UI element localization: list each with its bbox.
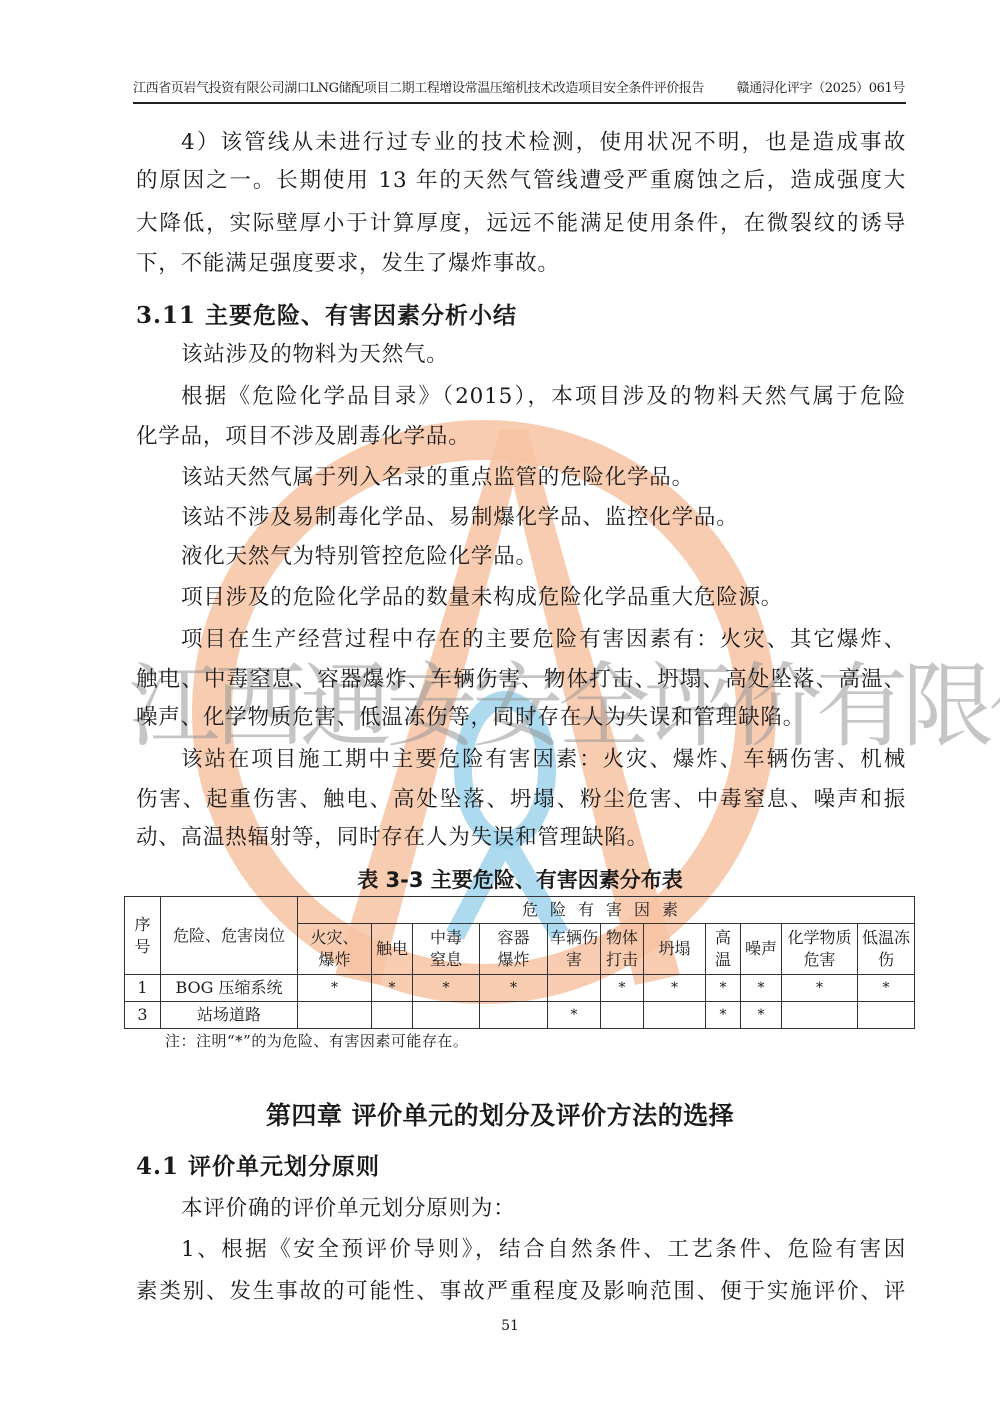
paragraph-line: 该站天然气属于列入名录的重点监管的危险化学品。 [181, 463, 906, 493]
cell-mark: * [706, 1002, 741, 1029]
paragraph-line: 项目涉及的危险化学品的数量未构成危险化学品重大危险源。 [181, 583, 906, 613]
cell-mark [644, 1002, 706, 1029]
header-seq-line: 号 [125, 936, 160, 958]
factor-header: 物体打击 [601, 924, 644, 975]
header-seq: 序 号 [125, 897, 161, 975]
cell-mark [782, 1002, 858, 1029]
paragraph-line: 触电、中毒窒息、容器爆炸、车辆伤害、物体打击、坍塌、高处坠落、高温、 [136, 665, 906, 695]
factor-header: 火灾、爆炸 [298, 924, 372, 975]
cell-seq: 1 [125, 975, 161, 1002]
cell-mark: * [548, 1002, 601, 1029]
paragraph-line: 该站不涉及易制毒化学品、易制爆化学品、监控化学品。 [181, 503, 906, 533]
running-header: 江西省页岩气投资有限公司湖口LNG储配项目二期工程增设常温压缩机技术改造项目安全… [133, 78, 905, 100]
hazard-distribution-table: 序 号 危险、危害岗位 危险有害因素 火灾、爆炸 触电 中毒窒息 容器爆炸 车辆… [124, 896, 915, 1029]
paragraph-line: 化学品，项目不涉及剧毒化学品。 [136, 422, 906, 452]
table-caption: 表 3-3 主要危险、有害因素分布表 [0, 866, 1000, 894]
cell-mark [858, 1002, 915, 1029]
factor-header: 化学物质危害 [782, 924, 858, 975]
table-row: 1 BOG 压缩系统 * * * * * * * * * * [125, 975, 915, 1002]
factor-header: 中毒窒息 [413, 924, 480, 975]
header-factor-group: 危险有害因素 [298, 897, 915, 924]
section-heading-4-1: 4.1 评价单元划分原则 [136, 1151, 380, 1183]
cell-mark: * [858, 975, 915, 1002]
cell-mark: * [782, 975, 858, 1002]
table-note: 注：注明“*”的为危险、有害因素可能存在。 [165, 1030, 468, 1052]
factor-header: 噪声 [741, 924, 782, 975]
cell-mark: * [601, 975, 644, 1002]
cell-mark [548, 975, 601, 1002]
factor-header: 高温 [706, 924, 741, 975]
cell-mark: * [372, 975, 413, 1002]
document-page: 江西通安安全评价有限公司 江西省页岩气投资有限公司湖口LNG储配项目二期工程增设… [0, 0, 1000, 1414]
cell-mark: * [644, 975, 706, 1002]
cell-mark [413, 1002, 480, 1029]
cell-mark [480, 1002, 548, 1029]
paragraph-line: 该站在项目施工期中主要危险有害因素：火灾、爆炸、车辆伤害、机械 [181, 745, 906, 775]
factor-header: 坍塌 [644, 924, 706, 975]
cell-mark: * [706, 975, 741, 1002]
paragraph-line: 动、高温热辐射等，同时存在人为失误和管理缺陷。 [136, 823, 906, 853]
paragraph-line: 下，不能满足强度要求，发生了爆炸事故。 [136, 249, 906, 279]
paragraph-line: 的原因之一。长期使用 13 年的天然气管线遭受严重腐蚀之后，造成强度大 [136, 166, 906, 196]
cell-mark [298, 1002, 372, 1029]
header-rule [133, 102, 906, 104]
header-title: 江西省页岩气投资有限公司湖口LNG储配项目二期工程增设常温压缩机技术改造项目安全… [133, 78, 704, 100]
cell-mark: * [741, 1002, 782, 1029]
cell-post: BOG 压缩系统 [161, 975, 298, 1002]
header-post: 危险、危害岗位 [161, 897, 298, 975]
factor-header: 低温冻伤 [858, 924, 915, 975]
cell-mark: * [480, 975, 548, 1002]
paragraph-line: 该站涉及的物料为天然气。 [181, 340, 906, 370]
header-seq-line: 序 [125, 914, 160, 936]
factor-header: 容器爆炸 [480, 924, 548, 975]
header-doc-number: 赣通浔化评字（2025）061号 [737, 78, 906, 100]
paragraph-line: 素类别、发生事故的可能性、事故严重程度及影响范围、便于实施评价、评 [136, 1277, 906, 1307]
factor-header: 车辆伤害 [548, 924, 601, 975]
paragraph-line: 液化天然气为特别管控危险化学品。 [181, 542, 906, 572]
cell-mark: * [741, 975, 782, 1002]
cell-mark: * [413, 975, 480, 1002]
table-row: 3 站场道路 * * * [125, 1002, 915, 1029]
cell-seq: 3 [125, 1002, 161, 1029]
paragraph-line: 噪声、化学物质危害、低温冻伤等，同时存在人为失误和管理缺陷。 [136, 703, 906, 733]
paragraph-line: 伤害、起重伤害、触电、高处坠落、坍塌、粉尘危害、中毒窒息、噪声和振 [136, 785, 906, 815]
cell-mark [601, 1002, 644, 1029]
paragraph-line: 1、根据《安全预评价导则》，结合自然条件、工艺条件、危险有害因 [181, 1235, 906, 1265]
paragraph-line: 大降低，实际壁厚小于计算厚度，远远不能满足使用条件，在微裂纹的诱导 [136, 209, 906, 239]
paragraph-line: 4）该管线从未进行过专业的技术检测，使用状况不明，也是造成事故 [181, 128, 906, 158]
paragraph-line: 根据《危险化学品目录》（2015），本项目涉及的物料天然气属于危险 [181, 382, 906, 412]
chapter-title: 第四章 评价单元的划分及评价方法的选择 [0, 1099, 1000, 1133]
cell-post: 站场道路 [161, 1002, 298, 1029]
page-number: 51 [0, 1316, 1000, 1336]
cell-mark: * [298, 975, 372, 1002]
paragraph-line: 本评价确的评价单元划分原则为： [181, 1194, 906, 1224]
section-heading-3-11: 3.11 主要危险、有害因素分析小结 [136, 300, 517, 332]
paragraph-line: 项目在生产经营过程中存在的主要危险有害因素有：火灾、其它爆炸、 [181, 625, 906, 655]
factor-header: 触电 [372, 924, 413, 975]
cell-mark [372, 1002, 413, 1029]
